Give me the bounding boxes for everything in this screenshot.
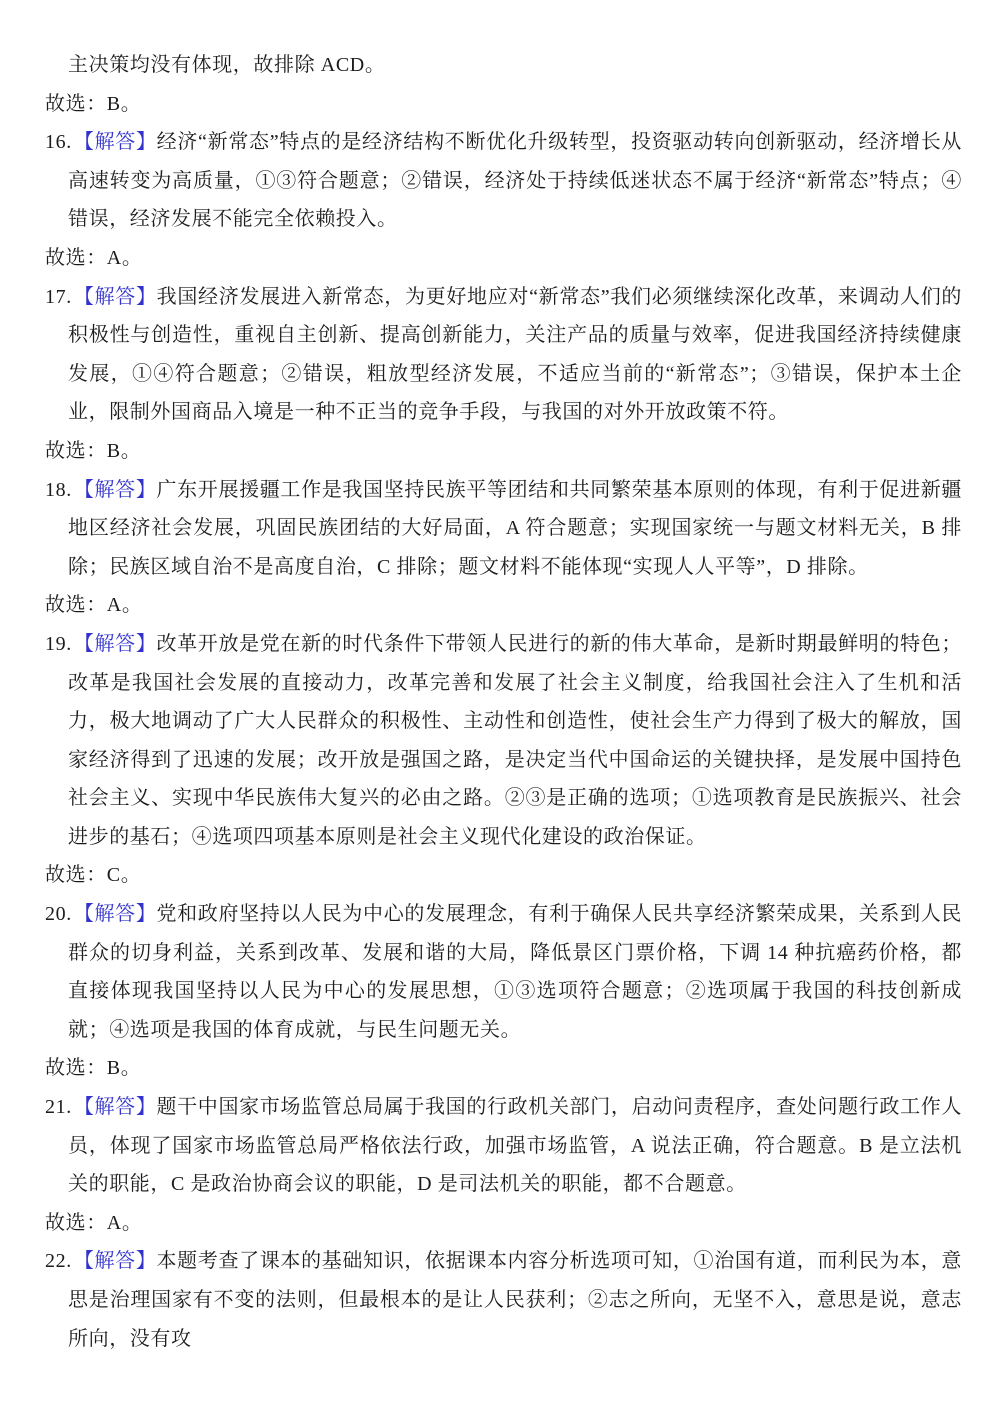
item-body: 21.【解答】题干中国家市场监管总局属于我国的行政机关部门，启动问责程序，查处问…: [68, 1088, 962, 1204]
explanation-item-16: 16.【解答】经济“新常态”特点的是经济结构不断优化升级转型，投资驱动转向创新驱…: [0, 123, 962, 277]
answer-line: 故选：B。: [45, 85, 962, 124]
answer-line: 故选：B。: [45, 432, 962, 471]
item-text: 改革开放是党在新的时代条件下带领人民进行的新的伟大革命，是新时期最鲜明的特色；改…: [68, 633, 962, 848]
explanation-item-18: 18.【解答】广东开展援疆工作是我国坚持民族平等团结和共同繁荣基本原则的体现，有…: [0, 471, 962, 625]
explanation-item-20: 20.【解答】党和政府坚持以人民为中心的发展理念，有利于确保人民共享经济繁荣成果…: [0, 895, 962, 1088]
item-number: 16.: [45, 131, 74, 153]
answer-label: 【解答】: [74, 131, 157, 153]
answer-label: 【解答】: [74, 633, 157, 655]
explanation-item-15-continuation: 主决策均没有体现，故排除 ACD。 故选：B。: [0, 46, 962, 123]
item-number: 18.: [45, 479, 74, 501]
item-body: 19.【解答】改革开放是党在新的时代条件下带领人民进行的新的伟大革命，是新时期最…: [68, 625, 962, 857]
item-number: 21.: [45, 1096, 74, 1118]
item-body: 18.【解答】广东开展援疆工作是我国坚持民族平等团结和共同繁荣基本原则的体现，有…: [68, 471, 962, 587]
answer-line: 故选：A。: [45, 1204, 962, 1243]
item-text: 广东开展援疆工作是我国坚持民族平等团结和共同繁荣基本原则的体现，有利于促进新疆地…: [68, 479, 962, 578]
item-text: 经济“新常态”特点的是经济结构不断优化升级转型，投资驱动转向创新驱动，经济增长从…: [68, 131, 962, 230]
answer-line: 故选：B。: [45, 1049, 962, 1088]
answer-line: 故选：C。: [45, 856, 962, 895]
answer-label: 【解答】: [74, 1096, 157, 1118]
item-number: 20.: [45, 903, 74, 925]
item-body: 17.【解答】我国经济发展进入新常态，为更好地应对“新常态”我们必须继续深化改革…: [68, 278, 962, 432]
explanation-item-17: 17.【解答】我国经济发展进入新常态，为更好地应对“新常态”我们必须继续深化改革…: [0, 278, 962, 471]
item-text: 党和政府坚持以人民为中心的发展理念，有利于确保人民共享经济繁荣成果，关系到人民群…: [68, 903, 962, 1041]
item-number: 17.: [45, 286, 74, 308]
answer-line: 故选：A。: [45, 586, 962, 625]
item-body: 主决策均没有体现，故排除 ACD。: [68, 46, 962, 85]
item-text: 主决策均没有体现，故排除 ACD。: [68, 54, 385, 76]
item-body: 22.【解答】本题考查了课本的基础知识，依据课本内容分析选项可知，①治国有道，而…: [68, 1242, 962, 1358]
item-number: 19.: [45, 633, 74, 655]
answer-line: 故选：A。: [45, 239, 962, 278]
answer-label: 【解答】: [74, 286, 157, 308]
explanation-item-21: 21.【解答】题干中国家市场监管总局属于我国的行政机关部门，启动问责程序，查处问…: [0, 1088, 962, 1242]
answer-label: 【解答】: [74, 479, 157, 501]
explanation-item-19: 19.【解答】改革开放是党在新的时代条件下带领人民进行的新的伟大革命，是新时期最…: [0, 625, 962, 895]
item-text: 本题考查了课本的基础知识，依据课本内容分析选项可知，①治国有道，而利民为本，意思…: [68, 1250, 962, 1349]
answer-label: 【解答】: [74, 903, 157, 925]
item-number: 22.: [45, 1250, 74, 1272]
item-text: 题干中国家市场监管总局属于我国的行政机关部门，启动问责程序，查处问题行政工作人员…: [68, 1096, 962, 1195]
explanation-item-22: 22.【解答】本题考查了课本的基础知识，依据课本内容分析选项可知，①治国有道，而…: [0, 1242, 962, 1358]
document-page: 主决策均没有体现，故排除 ACD。 故选：B。 16.【解答】经济“新常态”特点…: [0, 0, 992, 1403]
item-body: 16.【解答】经济“新常态”特点的是经济结构不断优化升级转型，投资驱动转向创新驱…: [68, 123, 962, 239]
item-text: 我国经济发展进入新常态，为更好地应对“新常态”我们必须继续深化改革，来调动人们的…: [68, 286, 962, 424]
item-body: 20.【解答】党和政府坚持以人民为中心的发展理念，有利于确保人民共享经济繁荣成果…: [68, 895, 962, 1049]
answer-label: 【解答】: [74, 1250, 157, 1272]
